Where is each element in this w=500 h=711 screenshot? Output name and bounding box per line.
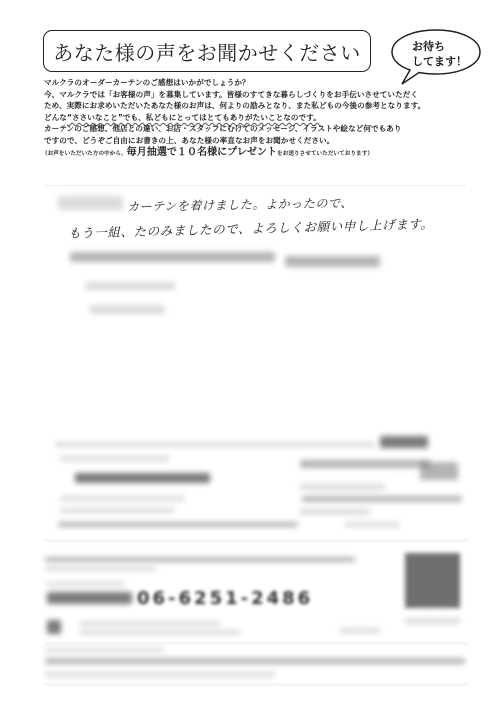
intro-line-2: 今、マルクラでは「お客様の声」を募集しています。皆様のすてきな暮らしづくりをお手…: [44, 89, 484, 101]
intro-line-1: マルクラのオーダーカーテンのご感想はいかがでしょうか？: [44, 77, 484, 89]
page-title: あなた様の声をお聞かせください: [43, 30, 371, 72]
redacted-form-text: [380, 436, 428, 448]
redacted-form-text: [345, 522, 400, 527]
section-divider: [45, 540, 470, 541]
redacted-form-text: [75, 473, 210, 483]
redacted-form-text: [302, 496, 462, 502]
redacted-fax-label: [47, 592, 132, 604]
redacted-footer-text: [45, 648, 165, 652]
bubble-line-1: お待ち: [412, 39, 482, 54]
redacted-form-text: [55, 442, 375, 447]
redacted-text: [285, 256, 380, 267]
qr-code-icon: [405, 553, 460, 608]
intro-line-7: （お声をいただいた方の中から、毎月抽選で１０名様にプレゼントをお送りさせていただ…: [42, 147, 484, 161]
section-divider: [45, 643, 470, 644]
redacted-text: [85, 282, 175, 290]
redacted-footer-text: [45, 557, 355, 562]
redacted-footer-text: [405, 618, 460, 624]
redacted-form-text: [300, 460, 430, 468]
redacted-footer-text: [45, 566, 155, 571]
intro-line-4: どんな“ささいなこと”でも、私どもにとってはとてもありがたいことなのです。: [44, 112, 484, 124]
logo-icon: [47, 620, 61, 634]
speech-bubble: お待ち してます！: [390, 28, 482, 80]
bubble-text: お待ち してます！: [412, 39, 482, 69]
redacted-footer-text: [45, 658, 465, 664]
intro-line-3: ため、実際にお求めいただいたあなた様のお声は、何よりの励みとなり、また私どもの今…: [44, 100, 484, 112]
redacted-form-text: [60, 496, 185, 501]
present-note-highlight: 毎月抽選で１０名様にプレゼント: [127, 147, 277, 158]
redacted-text: [90, 305, 165, 314]
redacted-footer-text: [340, 628, 380, 633]
redacted-footer-text: [80, 621, 220, 626]
intro-line-4-prefix: どんな: [44, 113, 67, 122]
handwritten-message-line-2: もう一組、たのみましたので、よろしくお願い申し上げます。: [68, 214, 434, 242]
present-note-prefix: （お声をいただいた方の中から、: [42, 151, 127, 157]
redacted-form-text: [58, 522, 298, 527]
redacted-form-text: [60, 456, 170, 461]
redacted-form-text: [300, 509, 370, 515]
bubble-line-2: してます！: [412, 54, 482, 69]
present-note-suffix: をお送りさせていただいております）: [277, 151, 373, 157]
intro-line-4-emphasis: “ささいなこと”でも、私どもにとってはとてもありがたいことなのです。: [67, 113, 321, 122]
redacted-form-text: [300, 484, 385, 490]
writing-guide-line: [45, 185, 465, 186]
redacted-footer-text: [45, 672, 275, 677]
redacted-text: [70, 252, 275, 262]
redacted-name: [58, 196, 123, 210]
fax-number: 06-6251-2486: [137, 588, 313, 609]
redacted-footer-text: [80, 630, 240, 635]
redacted-footer-text: [45, 582, 125, 586]
intro-line-5: カーテンのご感想、他店との違い、お店・スタッフにむけてのメッセージ、イラストや絵…: [44, 123, 484, 135]
redacted-form-text: [60, 508, 175, 513]
redacted-form-text: [420, 462, 458, 480]
intro-line-6: ですので、どうぞご自由にお書きの上、あなた様の率直なお声をお聞かせください。: [44, 135, 484, 147]
intro-text: マルクラのオーダーカーテンのご感想はいかがでしょうか？ 今、マルクラでは「お客様…: [44, 77, 484, 160]
section-divider: [45, 684, 470, 685]
handwritten-message-line-1: カーテンを着けました。よかったので、: [127, 194, 353, 215]
